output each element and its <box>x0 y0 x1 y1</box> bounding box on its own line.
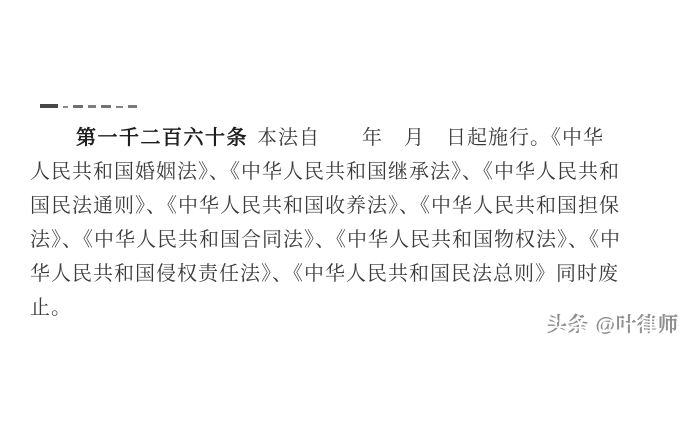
article-line-4: 法》、《中华人民共和国合同法》、《中华人民共和国物权法》、《中 <box>30 223 660 257</box>
text-remnant-mark <box>40 104 58 108</box>
text-remnant-mark <box>73 105 83 108</box>
text-remnant-mark <box>88 105 96 108</box>
article-line-1: 第一千二百六十条本法自 年 月 日起施行。《中华 <box>30 121 660 155</box>
cropped-text-fragment <box>40 101 137 108</box>
article-line-2: 人民共和国婚姻法》、《中华人民共和国继承法》、《中华人民共和 <box>30 155 660 189</box>
text-remnant-mark <box>101 105 111 108</box>
article-line-1-text: 本法自 年 月 日起施行。《中华 <box>257 127 604 149</box>
toutiao-watermark: 头条 @叶律师 头条 @叶律师 <box>547 313 679 337</box>
text-remnant-mark <box>128 105 137 108</box>
watermark-text-highlight: 头条 @叶律师 <box>549 315 679 363</box>
article-paragraph: 第一千二百六十条本法自 年 月 日起施行。《中华 人民共和国婚姻法》、《中华人民… <box>30 121 660 325</box>
article-line-5: 华人民共和国侵权责任法》、《中华人民共和国民法总则》同时废 <box>30 257 660 291</box>
article-line-3: 国民法通则》、《中华人民共和国收养法》、《中华人民共和国担保 <box>30 189 660 223</box>
text-remnant-mark <box>116 106 123 108</box>
text-remnant-mark <box>63 106 68 108</box>
article-number: 第一千二百六十条 <box>76 127 248 149</box>
